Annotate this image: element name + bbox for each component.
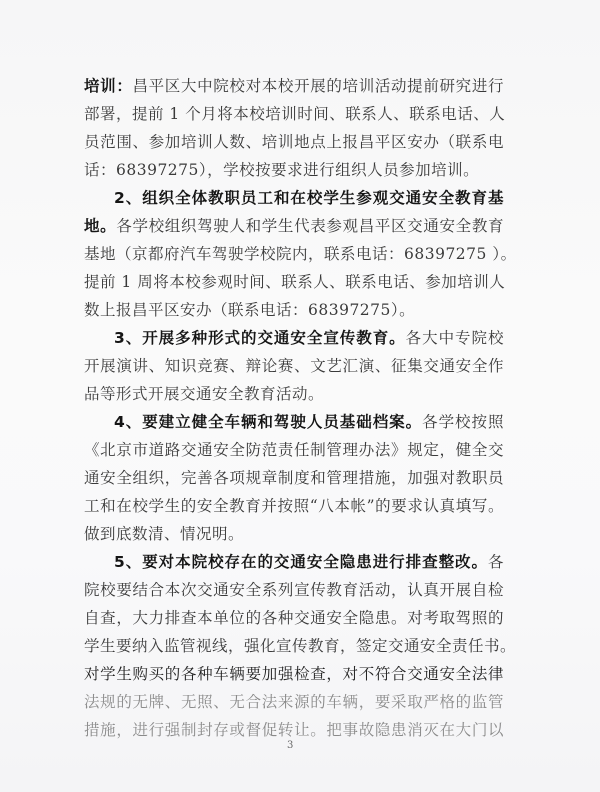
paragraph-line: 通安全组织，完善各项规章制度和管理措施，加强对教职员 xyxy=(84,464,504,492)
paragraph-line: 对学生购买的各种车辆要加强检查，对不符合交通安全法律 xyxy=(84,660,504,688)
paragraph-line: 地。各学校组织驾驶人和学生代表参观昌平区交通安全教育 xyxy=(84,212,504,240)
line-text: 通安全组织，完善各项规章制度和管理措施，加强对教职员 xyxy=(84,469,504,487)
line-text: 法规的无牌、无照、无合法来源的车辆，要采取严格的监管 xyxy=(84,693,504,711)
line-text: 各大中专院校 xyxy=(406,329,504,347)
line-text: 自查，大力排查本单位的各种交通安全隐患。对考取驾照的 xyxy=(84,609,504,627)
item-5-heading: 5、要对本院校存在的交通安全隐患进行排查整改。 xyxy=(114,553,488,571)
line-text: 部署，提前 1 个月将本校培训时间、联系人、联系电话、人 xyxy=(84,105,505,123)
line-text: 各 xyxy=(488,553,504,571)
paragraph-line: 开展演讲、知识竞赛、辩论赛、文艺汇演、征集交通安全作 xyxy=(84,352,504,380)
item-4-heading: 4、要建立健全车辆和驾驶人员基础档案。 xyxy=(114,413,422,431)
line-text: 措施，进行强制封存或督促转让。把事故隐患消灭在大门以 xyxy=(84,721,504,739)
paragraph-line: 学生要纳入监管视线，强化宣传教育，签定交通安全责任书。 xyxy=(84,632,504,660)
line-text: 开展演讲、知识竞赛、辩论赛、文艺汇演、征集交通安全作 xyxy=(84,357,504,375)
paragraph-line: 《北京市道路交通安全防范责任制管理办法》规定，健全交 xyxy=(84,436,504,464)
paragraph-line: 措施，进行强制封存或督促转让。把事故隐患消灭在大门以 xyxy=(84,716,504,744)
training-heading: 培训： xyxy=(84,77,132,95)
line-text: 《北京市道路交通安全防范责任制管理办法》规定，健全交 xyxy=(84,441,504,459)
paragraph-line: 话：68397275），学校按要求进行组织人员参加培训。 xyxy=(84,156,504,184)
line-text: 对学生购买的各种车辆要加强检查，对不符合交通安全法律 xyxy=(84,665,504,683)
line-text: 员范围、参加培训人数、培训地点上报昌平区安办（联系电 xyxy=(84,133,504,151)
paragraph-line: 培训：昌平区大中院校对本校开展的培训活动提前研究进行 xyxy=(84,72,504,100)
section-heading-line: 2、组织全体教职员工和在校学生参观交通安全教育基 xyxy=(84,184,504,212)
line-text: 提前 1 周将本校参观时间、联系人、联系电话、参加培训人 xyxy=(84,273,505,291)
line-text: 各学校组织驾驶人和学生代表参观昌平区交通安全教育 xyxy=(116,217,504,235)
paragraph-line: 员范围、参加培训人数、培训地点上报昌平区安办（联系电 xyxy=(84,128,504,156)
line-text: 各学校按照 xyxy=(422,413,504,431)
line-text: 做到底数清、情况明。 xyxy=(84,525,244,543)
section-heading-line: 3、开展多种形式的交通安全宣传教育。各大中专院校 xyxy=(84,324,504,352)
document-body: 培训：昌平区大中院校对本校开展的培训活动提前研究进行 部署，提前 1 个月将本校… xyxy=(84,72,504,744)
section-heading-line: 4、要建立健全车辆和驾驶人员基础档案。各学校按照 xyxy=(84,408,504,436)
line-text: 话：68397275），学校按要求进行组织人员参加培训。 xyxy=(84,161,479,179)
paragraph-line: 数上报昌平区安办（联系电话：68397275）。 xyxy=(84,296,504,324)
line-text: 昌平区大中院校对本校开展的培训活动提前研究进行 xyxy=(132,77,504,95)
line-text: 基地（京都府汽车驾驶学校院内，联系电话：68397275 ）。 xyxy=(84,245,517,263)
paragraph-line: 工和在校学生的安全教育并按照“八本帐”的要求认真填写。 xyxy=(84,492,504,520)
paragraph-line: 提前 1 周将本校参观时间、联系人、联系电话、参加培训人 xyxy=(84,268,504,296)
line-text: 院校要结合本次交通安全系列宣传教育活动，认真开展自检 xyxy=(84,581,504,599)
paragraph-line: 自查，大力排查本单位的各种交通安全隐患。对考取驾照的 xyxy=(84,604,504,632)
page-number: 3 xyxy=(287,740,293,751)
item-2-heading-end: 地。 xyxy=(84,217,116,235)
section-heading-line: 5、要对本院校存在的交通安全隐患进行排查整改。各 xyxy=(84,548,504,576)
paragraph-line: 院校要结合本次交通安全系列宣传教育活动，认真开展自检 xyxy=(84,576,504,604)
paragraph-line: 部署，提前 1 个月将本校培训时间、联系人、联系电话、人 xyxy=(84,100,504,128)
item-2-heading: 2、组织全体教职员工和在校学生参观交通安全教育基 xyxy=(114,189,504,207)
item-3-heading: 3、开展多种形式的交通安全宣传教育。 xyxy=(114,329,406,347)
line-text: 品等形式开展交通安全教育活动。 xyxy=(84,385,324,403)
paragraph-line: 品等形式开展交通安全教育活动。 xyxy=(84,380,504,408)
line-text: 工和在校学生的安全教育并按照“八本帐”的要求认真填写。 xyxy=(84,497,504,515)
paragraph-line: 基地（京都府汽车驾驶学校院内，联系电话：68397275 ）。 xyxy=(84,240,504,268)
document-page: 培训：昌平区大中院校对本校开展的培训活动提前研究进行 部署，提前 1 个月将本校… xyxy=(0,0,600,792)
paragraph-line: 做到底数清、情况明。 xyxy=(84,520,504,548)
line-text: 数上报昌平区安办（联系电话：68397275）。 xyxy=(84,301,415,319)
paragraph-line: 法规的无牌、无照、无合法来源的车辆，要采取严格的监管 xyxy=(84,688,504,716)
line-text: 学生要纳入监管视线，强化宣传教育，签定交通安全责任书。 xyxy=(84,637,516,655)
